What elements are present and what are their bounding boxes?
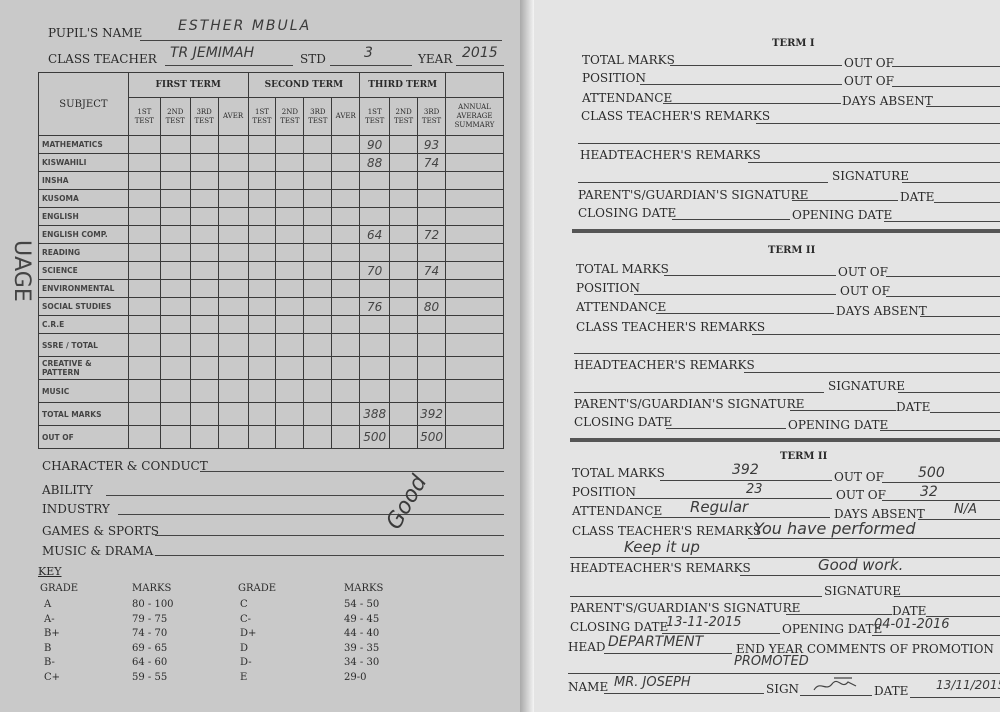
t2-headteacher-line-2[interactable] — [574, 392, 824, 393]
mark-cell[interactable] — [160, 298, 190, 316]
t1-closing-date-line[interactable] — [672, 219, 790, 220]
mark-cell[interactable] — [248, 190, 276, 208]
mark-cell[interactable] — [248, 154, 276, 172]
key-marks: 39 - 35 — [344, 642, 379, 657]
mark-cell[interactable] — [160, 262, 190, 280]
mark-cell[interactable] — [190, 262, 218, 280]
mark-cell[interactable] — [332, 280, 360, 298]
t3-date-value[interactable]: 13/11/2015 — [936, 678, 1000, 692]
pupil-name-value[interactable]: ESTHER MBULA — [178, 18, 311, 34]
t2-remarks-line-2[interactable] — [574, 353, 1000, 354]
t3-headteacher-line-2 — [570, 596, 822, 597]
t2-class-teacher-remarks-label: CLASS TEACHER'S REMARKS — [576, 320, 765, 334]
mark-cell[interactable] — [128, 262, 160, 280]
third-term-test3-cell[interactable]: 72 — [418, 226, 446, 244]
mark-cell[interactable] — [160, 226, 190, 244]
t3-promotion-value[interactable]: PROMOTED — [734, 654, 809, 669]
t3-headteacher-remarks-line — [740, 575, 1000, 576]
mark-cell[interactable] — [160, 357, 190, 380]
mark-cell[interactable] — [128, 316, 160, 334]
table-row: KISWAHILI8874 — [39, 154, 504, 172]
t1-class-teacher-remarks-line[interactable] — [756, 123, 1000, 124]
mark-cell[interactable] — [190, 190, 218, 208]
t3-test2-header: 2ND TEST — [390, 98, 418, 136]
t3-position-out-of-line — [882, 500, 1000, 501]
mark-cell[interactable] — [304, 244, 332, 262]
mark-cell[interactable] — [218, 244, 248, 262]
mark-cell[interactable] — [160, 208, 190, 226]
mark-cell[interactable] — [160, 190, 190, 208]
mark-cell[interactable] — [190, 403, 218, 426]
mark-cell[interactable] — [276, 190, 304, 208]
mark-cell[interactable] — [128, 380, 160, 403]
mark-cell[interactable] — [446, 190, 504, 208]
mark-cell[interactable] — [390, 280, 418, 298]
subject-cell: KISWAHILI — [39, 154, 129, 172]
mark-cell[interactable] — [304, 172, 332, 190]
mark-cell[interactable] — [128, 357, 160, 380]
t3-opening-date-value[interactable]: 04-01-2016 — [874, 617, 950, 632]
year-value[interactable]: 2015 — [462, 45, 498, 61]
third-term-test1-cell[interactable] — [360, 357, 390, 380]
t2-total-marks-line[interactable] — [664, 275, 836, 276]
mark-cell[interactable] — [190, 244, 218, 262]
key-marks: 79 - 75 — [132, 613, 174, 628]
mark-cell[interactable] — [160, 316, 190, 334]
annual-average-header: ANNUAL AVERAGE SUMMARY — [446, 98, 504, 136]
t1-opening-date-line[interactable] — [884, 221, 1000, 222]
class-teacher-line — [165, 65, 293, 66]
mark-cell[interactable] — [390, 403, 418, 426]
mark-cell[interactable] — [446, 380, 504, 403]
t3-head-line — [604, 653, 732, 654]
t2-opening-date-line[interactable] — [880, 430, 1000, 431]
third-term-test1-cell[interactable]: 70 — [360, 262, 390, 280]
mark-cell[interactable] — [190, 298, 218, 316]
mark-cell[interactable] — [332, 334, 360, 357]
t1-parent-signature-line[interactable] — [792, 200, 898, 201]
third-term-test1-cell[interactable] — [360, 244, 390, 262]
mark-cell[interactable] — [190, 357, 218, 380]
third-term-test3-cell[interactable]: 500 — [418, 426, 446, 449]
subject-cell: KUSOMA — [39, 190, 129, 208]
mark-cell[interactable] — [390, 426, 418, 449]
third-term-test1-cell[interactable] — [360, 190, 390, 208]
term-2-title: TERM II — [768, 245, 815, 256]
mark-cell[interactable] — [248, 136, 276, 154]
t1-headteacher-remarks-line[interactable] — [748, 162, 1000, 163]
mark-cell[interactable] — [160, 154, 190, 172]
mark-cell[interactable] — [332, 262, 360, 280]
mark-cell[interactable] — [390, 357, 418, 380]
mark-cell[interactable] — [332, 208, 360, 226]
third-term-test1-cell[interactable]: 90 — [360, 136, 390, 154]
mark-cell[interactable] — [128, 136, 160, 154]
music-drama-label: MUSIC & DRAMA — [42, 544, 153, 558]
t1-total-marks-line[interactable] — [670, 65, 842, 66]
mark-cell[interactable] — [276, 426, 304, 449]
key-marks-header-right: MARKS — [344, 582, 383, 597]
third-term-test3-cell[interactable]: 74 — [418, 154, 446, 172]
key-left-grades: AA-B+BB-C+ — [44, 598, 60, 685]
key-marks: 29-0 — [344, 671, 379, 686]
third-term-test3-cell[interactable] — [418, 208, 446, 226]
mark-cell[interactable] — [276, 357, 304, 380]
key-grade: D — [240, 642, 256, 657]
mark-cell[interactable] — [160, 334, 190, 357]
mark-cell[interactable] — [218, 380, 248, 403]
mark-cell[interactable] — [276, 403, 304, 426]
t3-out-of-line — [882, 482, 1000, 483]
third-term-test1-cell[interactable]: 500 — [360, 426, 390, 449]
games-sports-line[interactable] — [155, 535, 504, 536]
t1-test1-header: 1ST TEST — [128, 98, 160, 136]
subject-cell: READING — [39, 244, 129, 262]
t2-test2-header: 2ND TEST — [276, 98, 304, 136]
mark-cell[interactable] — [248, 244, 276, 262]
mark-cell[interactable] — [190, 226, 218, 244]
mark-cell[interactable] — [276, 262, 304, 280]
mark-cell[interactable] — [248, 262, 276, 280]
t3-class-teacher-remarks-value-1[interactable]: You have performed — [754, 519, 916, 538]
mark-cell[interactable] — [390, 190, 418, 208]
mark-cell[interactable] — [304, 280, 332, 298]
t1-remarks-line-2[interactable] — [578, 143, 1000, 144]
mark-cell[interactable] — [128, 172, 160, 190]
t1-attendance-line[interactable] — [663, 103, 841, 104]
mark-cell[interactable] — [248, 280, 276, 298]
t1-position-line[interactable] — [640, 84, 842, 85]
class-teacher-value[interactable]: TR JEMIMAH — [170, 45, 254, 61]
mark-cell[interactable] — [128, 280, 160, 298]
t1-out-of-line[interactable] — [892, 66, 1000, 67]
mark-cell[interactable] — [332, 380, 360, 403]
mark-cell[interactable] — [218, 298, 248, 316]
mark-cell[interactable] — [218, 403, 248, 426]
mark-cell[interactable] — [128, 154, 160, 172]
mark-cell[interactable] — [190, 316, 218, 334]
t3-class-teacher-remarks-value-2[interactable]: Keep it up — [624, 538, 700, 556]
third-term-test3-cell[interactable] — [418, 244, 446, 262]
mark-cell[interactable] — [446, 280, 504, 298]
mark-cell[interactable] — [446, 298, 504, 316]
mark-cell[interactable] — [304, 136, 332, 154]
mark-cell[interactable] — [218, 208, 248, 226]
mark-cell[interactable] — [304, 380, 332, 403]
mark-cell[interactable] — [332, 244, 360, 262]
mark-cell[interactable] — [248, 298, 276, 316]
mark-cell[interactable] — [390, 244, 418, 262]
third-term-test1-cell[interactable] — [360, 316, 390, 334]
t3-position-value[interactable]: 23 — [746, 482, 763, 497]
mark-cell[interactable] — [160, 280, 190, 298]
mark-cell[interactable] — [332, 298, 360, 316]
ability-line[interactable] — [106, 495, 504, 496]
t3-attendance-value[interactable]: Regular — [690, 498, 748, 516]
mark-cell[interactable] — [276, 208, 304, 226]
t1-opening-date-label: OPENING DATE — [792, 208, 892, 222]
third-term-test1-cell[interactable]: 88 — [360, 154, 390, 172]
third-term-test3-cell[interactable] — [418, 357, 446, 380]
mark-cell[interactable] — [446, 334, 504, 357]
mark-cell[interactable] — [218, 357, 248, 380]
t2-position-out-of-line[interactable] — [886, 296, 1000, 297]
industry-line[interactable] — [118, 514, 504, 515]
t3-name-label: NAME — [568, 680, 608, 694]
pupil-name-line — [140, 40, 502, 41]
mark-cell[interactable] — [128, 226, 160, 244]
t2-out-of-line[interactable] — [886, 276, 1000, 277]
mark-cell[interactable] — [304, 190, 332, 208]
mark-cell[interactable] — [160, 136, 190, 154]
mark-cell[interactable] — [160, 172, 190, 190]
third-term-test1-cell[interactable] — [360, 380, 390, 403]
mark-cell[interactable] — [160, 244, 190, 262]
mark-cell[interactable] — [446, 426, 504, 449]
mark-cell[interactable] — [332, 172, 360, 190]
mark-cell[interactable] — [128, 298, 160, 316]
t2-attendance-label: ATTENDANCE — [576, 300, 666, 314]
t2-headteacher-remarks-line[interactable] — [744, 372, 1000, 373]
key-grade: C- — [240, 613, 256, 628]
mark-cell[interactable] — [332, 316, 360, 334]
mark-cell[interactable] — [332, 226, 360, 244]
mark-cell[interactable] — [190, 172, 218, 190]
mark-cell[interactable] — [248, 334, 276, 357]
mark-cell[interactable] — [248, 357, 276, 380]
third-term-test1-cell[interactable] — [360, 280, 390, 298]
mark-cell[interactable] — [128, 403, 160, 426]
mark-cell[interactable] — [160, 380, 190, 403]
music-drama-line[interactable] — [155, 555, 504, 556]
mark-cell[interactable] — [304, 208, 332, 226]
third-term-test3-cell[interactable] — [418, 190, 446, 208]
t2-position-line[interactable] — [634, 294, 836, 295]
mark-cell[interactable] — [446, 154, 504, 172]
third-term-test3-cell[interactable] — [418, 380, 446, 403]
t2-closing-date-label: CLOSING DATE — [574, 415, 672, 429]
t2-closing-date-line[interactable] — [666, 428, 786, 429]
mark-cell[interactable] — [190, 154, 218, 172]
mark-cell[interactable] — [128, 190, 160, 208]
third-term-test3-cell[interactable] — [418, 316, 446, 334]
mark-cell[interactable] — [446, 357, 504, 380]
mark-cell[interactable] — [218, 316, 248, 334]
mark-cell[interactable] — [446, 262, 504, 280]
t2-parent-signature-line[interactable] — [790, 410, 896, 411]
mark-cell[interactable] — [304, 357, 332, 380]
mark-cell[interactable] — [276, 136, 304, 154]
mark-cell[interactable] — [218, 136, 248, 154]
mark-cell[interactable] — [190, 380, 218, 403]
std-line — [330, 65, 412, 66]
t1-signature-line[interactable] — [902, 182, 1000, 183]
mark-cell[interactable] — [276, 316, 304, 334]
mark-cell[interactable] — [304, 316, 332, 334]
mark-cell[interactable] — [390, 136, 418, 154]
mark-cell[interactable] — [390, 334, 418, 357]
games-sports-label: GAMES & SPORTS — [42, 524, 159, 538]
third-term-test3-cell[interactable]: 392 — [418, 403, 446, 426]
mark-cell[interactable] — [390, 262, 418, 280]
mark-cell[interactable] — [218, 226, 248, 244]
marks-table: SUBJECT FIRST TERM SECOND TERM THIRD TER… — [38, 72, 504, 449]
mark-cell[interactable] — [218, 172, 248, 190]
mark-cell[interactable] — [304, 334, 332, 357]
t3-name-value[interactable]: MR. JOSEPH — [614, 675, 691, 690]
key-grade: A- — [44, 613, 60, 628]
mark-cell[interactable] — [446, 244, 504, 262]
mark-cell[interactable] — [276, 154, 304, 172]
t2-parent-signature-label: PARENT'S/GUARDIAN'S SIGNATURE — [574, 397, 804, 411]
mark-cell[interactable] — [190, 208, 218, 226]
third-term-test1-cell[interactable]: 388 — [360, 403, 390, 426]
mark-cell[interactable] — [248, 316, 276, 334]
third-term-test1-cell[interactable] — [360, 172, 390, 190]
t1-days-absent-label: DAYS ABSENT — [842, 94, 933, 108]
mark-cell[interactable] — [190, 334, 218, 357]
key-marks: 44 - 40 — [344, 627, 379, 642]
third-term-test1-cell[interactable]: 64 — [360, 226, 390, 244]
mark-cell[interactable] — [446, 208, 504, 226]
mark-cell[interactable] — [304, 154, 332, 172]
t1-aver-header: AVER — [218, 98, 248, 136]
t3-closing-date-value[interactable]: 13-11-2015 — [666, 615, 742, 630]
t3-opening-date-label: OPENING DATE — [782, 622, 882, 636]
mark-cell[interactable] — [128, 208, 160, 226]
t3-position-out-of-value[interactable]: 32 — [920, 484, 938, 500]
third-term-test3-cell[interactable] — [418, 172, 446, 190]
third-term-test3-cell[interactable] — [418, 334, 446, 357]
mark-cell[interactable] — [218, 154, 248, 172]
mark-cell[interactable] — [332, 357, 360, 380]
mark-cell[interactable] — [390, 380, 418, 403]
second-term-header: SECOND TERM — [248, 73, 360, 98]
mark-cell[interactable] — [160, 403, 190, 426]
third-term-test3-cell[interactable]: 93 — [418, 136, 446, 154]
mark-cell[interactable] — [390, 298, 418, 316]
key-marks: 80 - 100 — [132, 598, 174, 613]
mark-cell[interactable] — [276, 244, 304, 262]
mark-cell[interactable] — [332, 190, 360, 208]
t3-days-absent-value[interactable]: N/A — [954, 502, 977, 517]
mark-cell[interactable] — [276, 334, 304, 357]
t3-class-teacher-remarks-line — [748, 538, 1000, 539]
t3-position-label: POSITION — [572, 485, 636, 499]
mark-cell[interactable] — [160, 426, 190, 449]
mark-cell[interactable] — [390, 172, 418, 190]
third-term-test1-cell[interactable] — [360, 334, 390, 357]
mark-cell[interactable] — [446, 172, 504, 190]
t2-signature-line[interactable] — [898, 392, 1000, 393]
third-term-test3-cell[interactable]: 74 — [418, 262, 446, 280]
mark-cell[interactable] — [276, 280, 304, 298]
character-conduct-line[interactable] — [200, 471, 504, 472]
mark-cell[interactable] — [390, 154, 418, 172]
term-1-title: TERM I — [772, 38, 815, 49]
mark-cell[interactable] — [304, 403, 332, 426]
t3-parent-signature-line[interactable] — [786, 614, 892, 615]
mark-cell[interactable] — [446, 403, 504, 426]
mark-cell[interactable] — [276, 380, 304, 403]
key-title: KEY — [38, 565, 62, 578]
table-row: TOTAL MARKS388392 — [39, 403, 504, 426]
t1-position-label: POSITION — [582, 71, 646, 85]
t1-position-out-of-line[interactable] — [892, 86, 1000, 87]
mark-cell[interactable] — [128, 334, 160, 357]
t3-headteacher-remarks-value[interactable]: Good work. — [818, 556, 903, 574]
mark-cell[interactable] — [248, 226, 276, 244]
mark-cell[interactable] — [276, 172, 304, 190]
mark-cell[interactable] — [332, 426, 360, 449]
mark-cell[interactable] — [304, 426, 332, 449]
mark-cell[interactable] — [276, 298, 304, 316]
t1-days-absent-line[interactable] — [926, 106, 1000, 107]
t2-date-line[interactable] — [930, 412, 1000, 413]
mark-cell[interactable] — [128, 426, 160, 449]
mark-cell[interactable] — [248, 380, 276, 403]
mark-cell[interactable] — [190, 136, 218, 154]
mark-cell[interactable] — [332, 403, 360, 426]
t3-remarks-line-2 — [570, 557, 1000, 558]
mark-cell[interactable] — [446, 316, 504, 334]
t3-total-marks-value[interactable]: 392 — [732, 462, 759, 478]
mark-cell[interactable] — [218, 426, 248, 449]
mark-cell[interactable] — [446, 136, 504, 154]
mark-cell[interactable] — [304, 226, 332, 244]
t1-date-line[interactable] — [934, 202, 1000, 203]
std-value[interactable]: 3 — [364, 45, 373, 61]
mark-cell[interactable] — [248, 426, 276, 449]
mark-cell[interactable] — [332, 136, 360, 154]
t2-attendance-line[interactable] — [656, 313, 834, 314]
t3-signature-line[interactable] — [894, 596, 1000, 597]
mark-cell[interactable] — [248, 208, 276, 226]
mark-cell[interactable] — [248, 172, 276, 190]
t3-test1-header: 1ST TEST — [360, 98, 390, 136]
mark-cell[interactable] — [190, 426, 218, 449]
mark-cell[interactable] — [248, 403, 276, 426]
mark-cell[interactable] — [218, 280, 248, 298]
third-term-test1-cell[interactable]: 76 — [360, 298, 390, 316]
mark-cell[interactable] — [332, 154, 360, 172]
t2-days-absent-line[interactable] — [920, 316, 1000, 317]
mark-cell[interactable] — [304, 298, 332, 316]
mark-cell[interactable] — [128, 244, 160, 262]
mark-cell[interactable] — [390, 208, 418, 226]
mark-cell[interactable] — [218, 190, 248, 208]
ability-label: ABILITY — [42, 483, 93, 497]
t3-head-value[interactable]: DEPARTMENT — [608, 634, 703, 650]
mark-cell[interactable] — [304, 262, 332, 280]
mark-cell[interactable] — [446, 226, 504, 244]
t2-class-teacher-remarks-line[interactable] — [752, 334, 1000, 335]
industry-label: INDUSTRY — [42, 502, 110, 516]
third-term-test1-cell[interactable] — [360, 208, 390, 226]
mark-cell[interactable] — [190, 280, 218, 298]
mark-cell[interactable] — [276, 226, 304, 244]
mark-cell[interactable] — [218, 334, 248, 357]
third-term-test3-cell[interactable] — [418, 280, 446, 298]
mark-cell[interactable] — [218, 262, 248, 280]
t3-out-of-value[interactable]: 500 — [918, 465, 945, 481]
mark-cell[interactable] — [390, 316, 418, 334]
t1-headteacher-line-2[interactable] — [578, 182, 828, 183]
third-term-test3-cell[interactable]: 80 — [418, 298, 446, 316]
t1-signature-label: SIGNATURE — [832, 169, 909, 183]
t3-days-absent-line — [918, 519, 1000, 520]
mark-cell[interactable] — [390, 226, 418, 244]
